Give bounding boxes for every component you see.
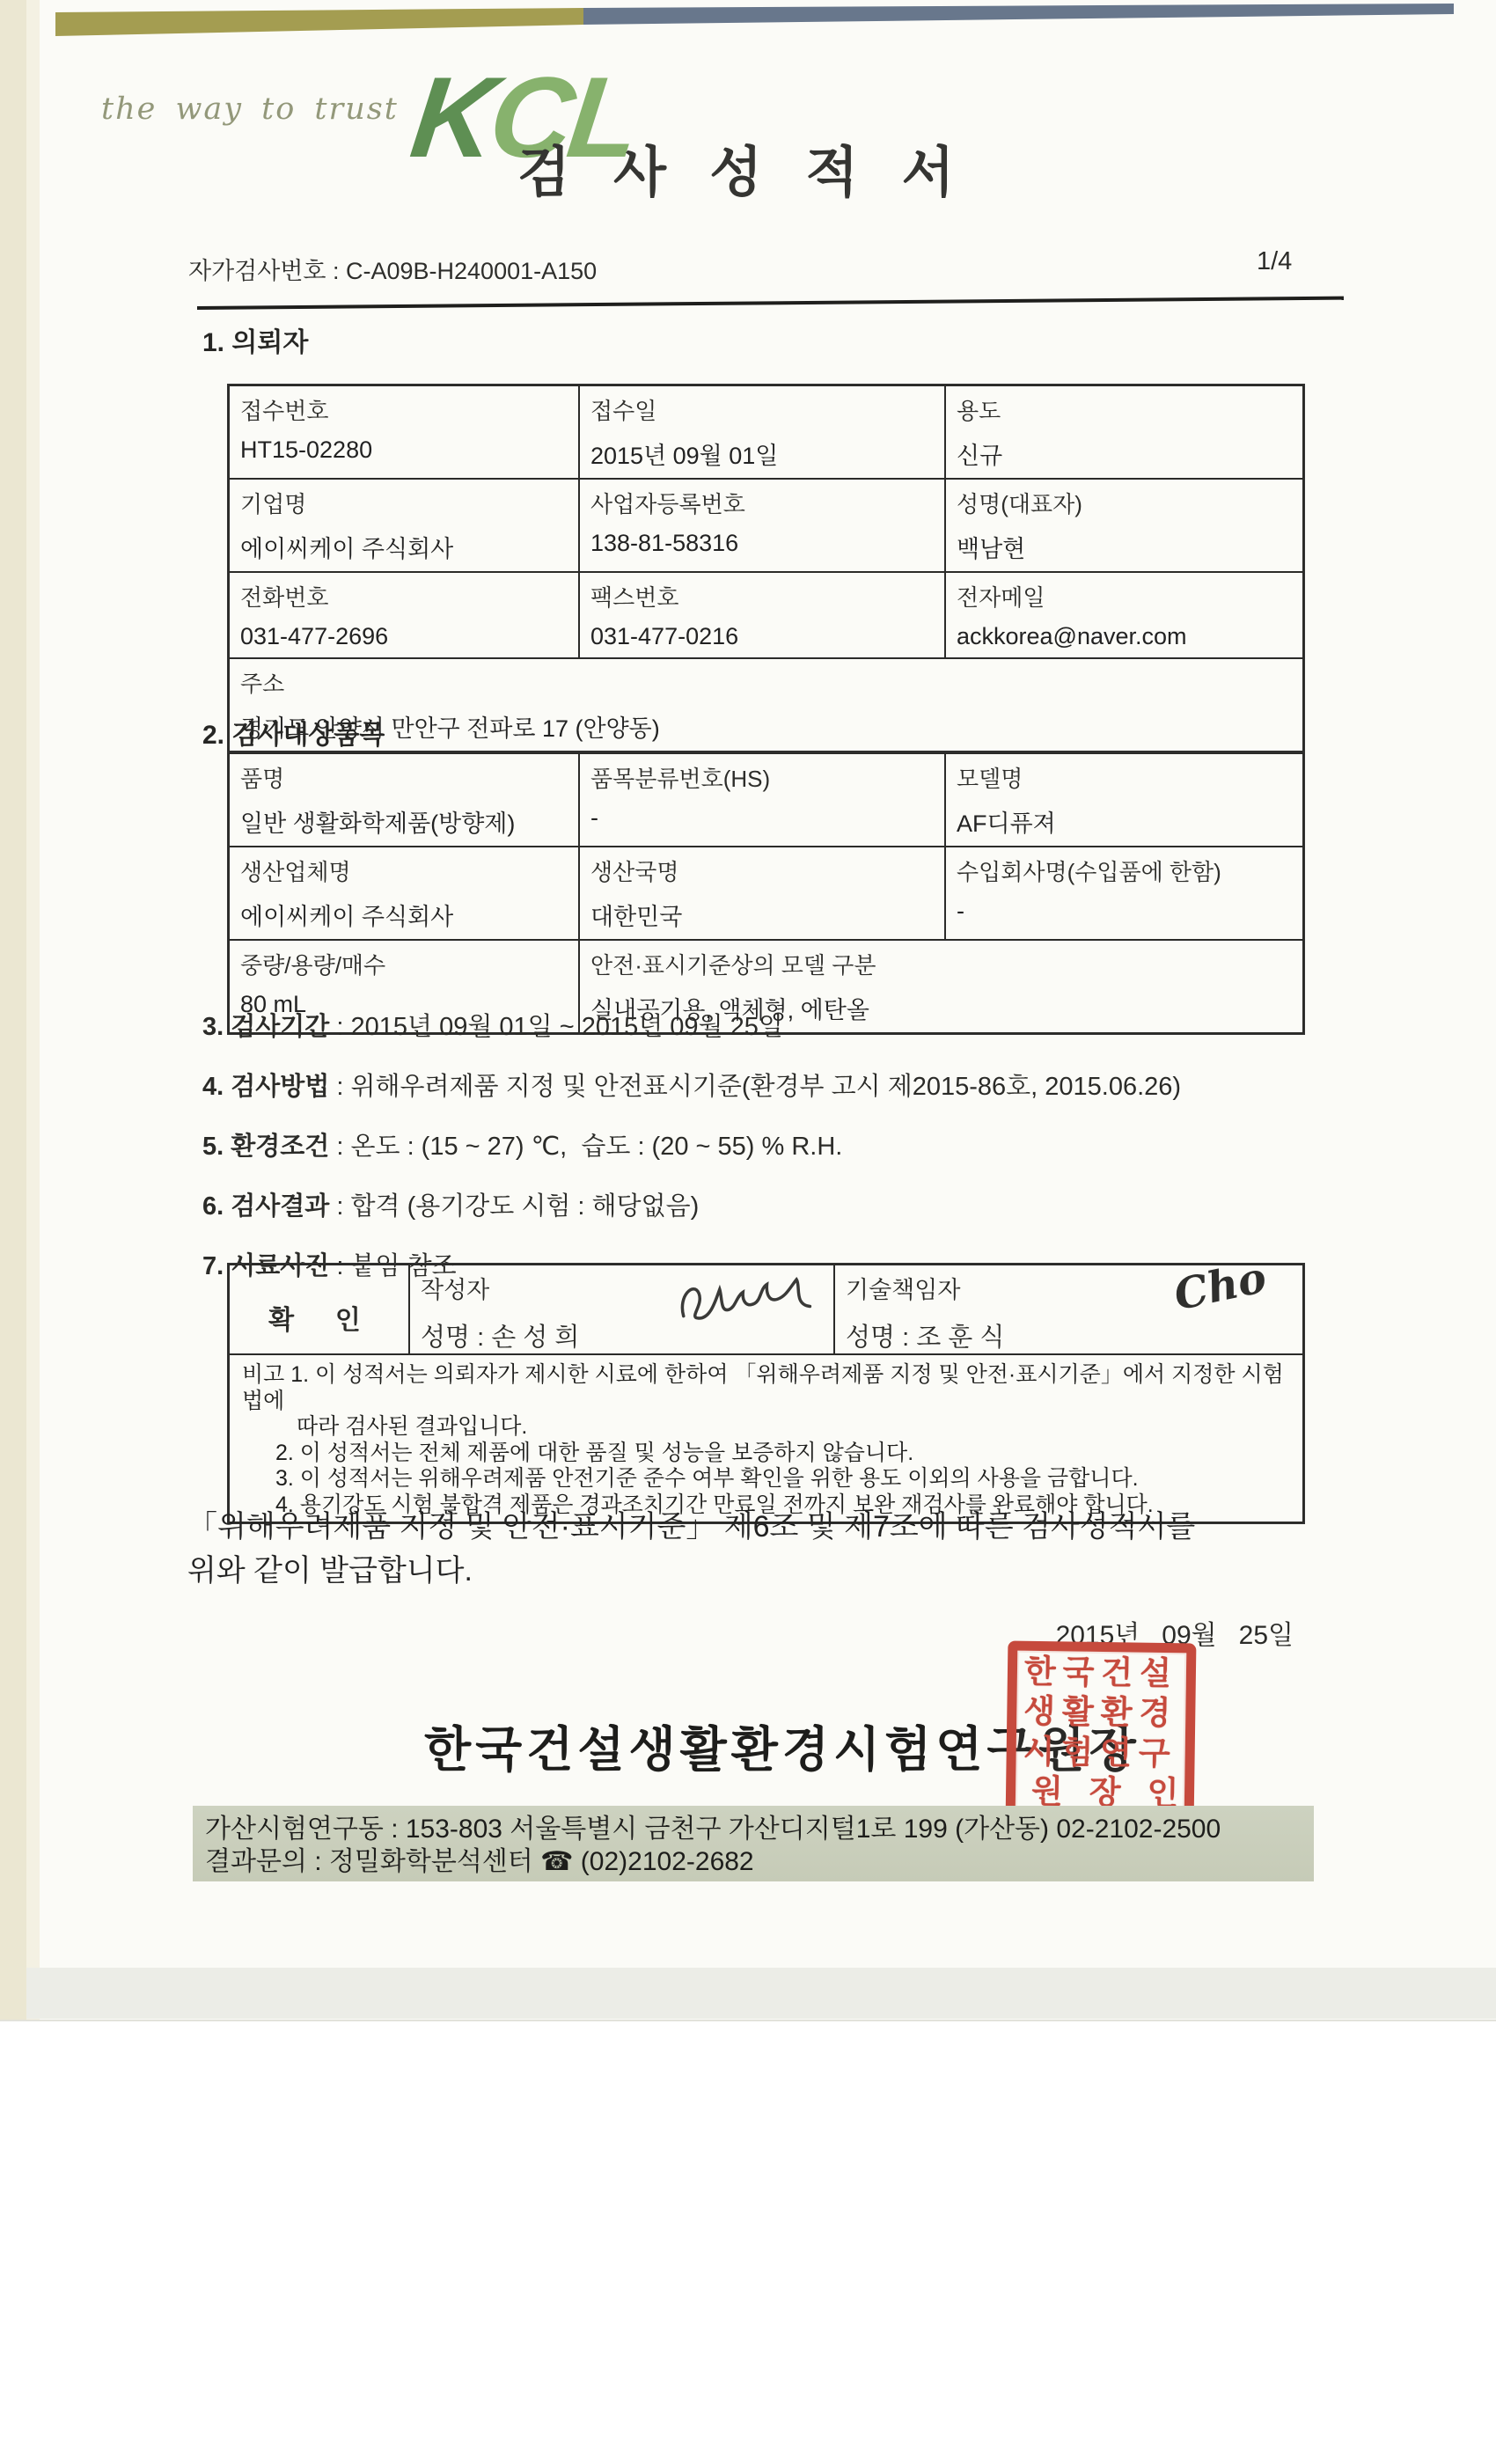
self-inspection-number: 자가검사번호 : C-A09B-H240001-A150	[188, 252, 597, 286]
remark-line: 3. 이 성적서는 위해우려제품 안전기준 준수 여부 확인을 위한 용도 이외…	[242, 1466, 1294, 1492]
table-cell: 생산업체명에이씨케이 주식회사	[229, 847, 579, 940]
cell-value: 백남현	[946, 519, 1302, 571]
cell-label: 성명(대표자)	[946, 480, 1302, 519]
footer-inquiry-line: 결과문의 : 정밀화학분석센터 ☎ (02)2102-2682	[205, 1845, 1314, 1878]
table-cell: 접수번호HT15-02280	[229, 385, 579, 479]
page-number: 1/4	[1257, 247, 1292, 276]
cell-value: 에이씨케이 주식회사	[230, 887, 578, 939]
table-cell: 품명일반 생활화학제품(방향제)	[229, 753, 579, 847]
item-value: 위해우려제품 지정 및 안전표시기준(환경부 고시 제2015-86호, 201…	[350, 1073, 1181, 1101]
cell-value: 대한민국	[580, 887, 944, 939]
table-row: 기업명에이씨케이 주식회사 사업자등록번호138-81-58316 성명(대표자…	[229, 479, 1303, 572]
cell-value: 031-477-0216	[580, 612, 944, 657]
test-item-table: 품명일반 생활화학제품(방향제) 품목분류번호(HS)- 모델명AF디퓨져 생산…	[228, 752, 1304, 1034]
cell-label: 안전·표시기준상의 모델 구분	[580, 941, 1302, 980]
cell-label: 팩스번호	[580, 573, 944, 612]
cell-value: -	[580, 794, 944, 839]
cell-label: 생산업체명	[230, 847, 578, 887]
cell-label: 전자메일	[946, 573, 1302, 612]
cell-label: 접수일	[580, 386, 944, 426]
header-color-bar	[0, 0, 1496, 44]
table-cell: 팩스번호031-477-0216	[579, 572, 945, 658]
document-title: 검 사 성 적 서	[517, 128, 968, 207]
author-cell: 작성자 성명 : 손 성 희	[409, 1265, 834, 1354]
cell-value: 031-477-2696	[230, 612, 578, 657]
cell-label: 품명	[230, 754, 578, 794]
table-row: 접수번호HT15-02280 접수일2015년 09월 01일 용도신규	[229, 385, 1303, 479]
seal-text-row: 시험연구	[1023, 1734, 1178, 1771]
item-separator: :	[329, 1133, 350, 1161]
cell-label: 전화번호	[230, 573, 578, 612]
seal-text-row: 한국건설	[1024, 1654, 1180, 1691]
cell-value: AF디퓨져	[946, 794, 1302, 846]
cell-label: 품목분류번호(HS)	[580, 754, 944, 794]
table-row: 비고 1. 이 성적서는 의뢰자가 제시한 시료에 한하여 「위해우려제품 지정…	[229, 1354, 1303, 1522]
scan-artifact-band	[26, 1968, 1496, 2019]
table-cell: 접수일2015년 09월 01일	[579, 385, 945, 479]
section2-heading: 2. 검사대상품목	[202, 713, 385, 752]
item-test-period: 3. 검사기간 : 2015년 09월 01일 ~ 2015년 09월 25일	[202, 1007, 1181, 1043]
tech-name: 성명 : 조 훈 식	[835, 1305, 1302, 1353]
header-bar-olive-segment	[55, 8, 583, 36]
item-label: 4. 검사방법	[202, 1073, 329, 1101]
table-cell: 생산국명대한민국	[579, 847, 945, 940]
item-value: 온도 : (15 ~ 27) ℃, 습도 : (20 ~ 55) % R.H.	[350, 1133, 842, 1161]
table-cell: 성명(대표자)백남현	[945, 479, 1303, 572]
seal-text-row: 생활환경	[1023, 1694, 1179, 1731]
item-value: 합격 (용기강도 시험 : 해당없음)	[350, 1192, 699, 1221]
confirmation-table: 확 인 작성자 성명 : 손 성 희 기술책임자 성명 : 조 훈 식 Cho …	[228, 1264, 1304, 1523]
cell-value: HT15-02280	[230, 426, 578, 471]
statement-line-2: 위와 같이 발급합니다.	[187, 1549, 1195, 1593]
remark-line: 따라 검사된 결과입니다.	[242, 1414, 1294, 1441]
issuance-statement: 「위해우려제품 지정 및 안전·표시기준」 제6조 및 제7조에 따른 검사성적…	[187, 1505, 1195, 1593]
cell-label: 접수번호	[230, 386, 578, 426]
client-info-table: 접수번호HT15-02280 접수일2015년 09월 01일 용도신규 기업명…	[228, 385, 1304, 752]
section1-heading: 1. 의뢰자	[202, 320, 308, 359]
item-separator: :	[329, 1013, 350, 1041]
official-red-seal: 한국건설 생활환경 시험연구 원장인	[1006, 1641, 1197, 1825]
table-cell-address: 주소경기도 안양시 만안구 전파로 17 (안양동)	[229, 658, 1303, 752]
cell-label: 수입회사명(수입품에 한함)	[946, 847, 1302, 887]
cell-value: 일반 생활화학제품(방향제)	[230, 794, 578, 846]
item-separator: :	[329, 1192, 350, 1221]
cell-value: 신규	[946, 426, 1302, 478]
header-bar-blue-segment	[583, 4, 1454, 25]
table-cell: 품목분류번호(HS)-	[579, 753, 945, 847]
cell-value: -	[946, 887, 1302, 932]
cell-value: ackkorea@naver.com	[946, 612, 1302, 657]
item-test-method: 4. 검사방법 : 위해우려제품 지정 및 안전표시기준(환경부 고시 제201…	[202, 1067, 1181, 1103]
cell-label: 생산국명	[580, 847, 944, 887]
cell-value: 2015년 09월 01일	[580, 426, 944, 478]
table-cell: 모델명AF디퓨져	[945, 753, 1303, 847]
item-value: 2015년 09월 01일 ~ 2015년 09월 25일	[350, 1013, 782, 1041]
table-row: 품명일반 생활화학제품(방향제) 품목분류번호(HS)- 모델명AF디퓨져	[229, 753, 1303, 847]
table-cell: 수입회사명(수입품에 한함)-	[945, 847, 1303, 940]
footer-contact-bar: 가산시험연구동 : 153-803 서울특별시 금천구 가산디지털1로 199 …	[193, 1806, 1314, 1881]
cell-value: 경기도 안양시 만안구 전파로 17 (안양동)	[230, 699, 1302, 751]
table-cell: 기업명에이씨케이 주식회사	[229, 479, 579, 572]
cell-value: 138-81-58316	[580, 519, 944, 564]
scan-left-edge-shade	[26, 0, 40, 2021]
item-label: 6. 검사결과	[202, 1192, 329, 1221]
cell-value: 에이씨케이 주식회사	[230, 519, 578, 571]
table-row: 생산업체명에이씨케이 주식회사 생산국명대한민국 수입회사명(수입품에 한함)-	[229, 847, 1303, 940]
table-cell: 전자메일ackkorea@naver.com	[945, 572, 1303, 658]
cell-label: 기업명	[230, 480, 578, 519]
table-cell: 전화번호031-477-2696	[229, 572, 579, 658]
footer-address-line: 가산시험연구동 : 153-803 서울특별시 금천구 가산디지털1로 199 …	[205, 1813, 1314, 1845]
cell-label: 용도	[946, 386, 1302, 426]
table-row: 확 인 작성자 성명 : 손 성 희 기술책임자 성명 : 조 훈 식 Cho	[229, 1265, 1303, 1354]
remarks-cell: 비고 1. 이 성적서는 의뢰자가 제시한 시료에 한하여 「위해우려제품 지정…	[229, 1354, 1303, 1522]
statement-line-1: 「위해우려제품 지정 및 안전·표시기준」 제6조 및 제7조에 따른 검사성적…	[187, 1505, 1195, 1549]
item-separator: :	[329, 1073, 350, 1101]
cell-label: 모델명	[946, 754, 1302, 794]
tech-manager-cell: 기술책임자 성명 : 조 훈 식 Cho	[834, 1265, 1303, 1354]
table-cell: 용도신규	[945, 385, 1303, 479]
table-row: 주소경기도 안양시 만안구 전파로 17 (안양동)	[229, 658, 1303, 752]
item-label: 5. 환경조건	[202, 1133, 329, 1161]
scan-left-edge	[0, 0, 26, 2021]
table-row: 전화번호031-477-2696 팩스번호031-477-0216 전자메일ac…	[229, 572, 1303, 658]
table-cell: 사업자등록번호138-81-58316	[579, 479, 945, 572]
cell-label: 주소	[230, 659, 1302, 699]
cell-label: 중량/용량/매수	[230, 941, 578, 980]
cell-label: 사업자등록번호	[580, 480, 944, 519]
scan-page-bottom-edge	[0, 2020, 1496, 2021]
item-environment: 5. 환경조건 : 온도 : (15 ~ 27) ℃, 습도 : (20 ~ 5…	[202, 1126, 1181, 1162]
item-test-result: 6. 검사결과 : 합격 (용기강도 시험 : 해당없음)	[202, 1186, 1181, 1222]
numbered-items-list: 3. 검사기간 : 2015년 09월 01일 ~ 2015년 09월 25일 …	[202, 1007, 1181, 1306]
remark-line: 비고 1. 이 성적서는 의뢰자가 제시한 시료에 한하여 「위해우려제품 지정…	[242, 1362, 1294, 1414]
logo-tagline: the way to trust	[101, 92, 399, 127]
confirm-cell: 확 인	[229, 1265, 409, 1354]
remark-line: 2. 이 성적서는 전체 제품에 대한 품질 및 성능을 보증하지 않습니다.	[242, 1441, 1294, 1467]
item-label: 3. 검사기간	[202, 1013, 329, 1041]
